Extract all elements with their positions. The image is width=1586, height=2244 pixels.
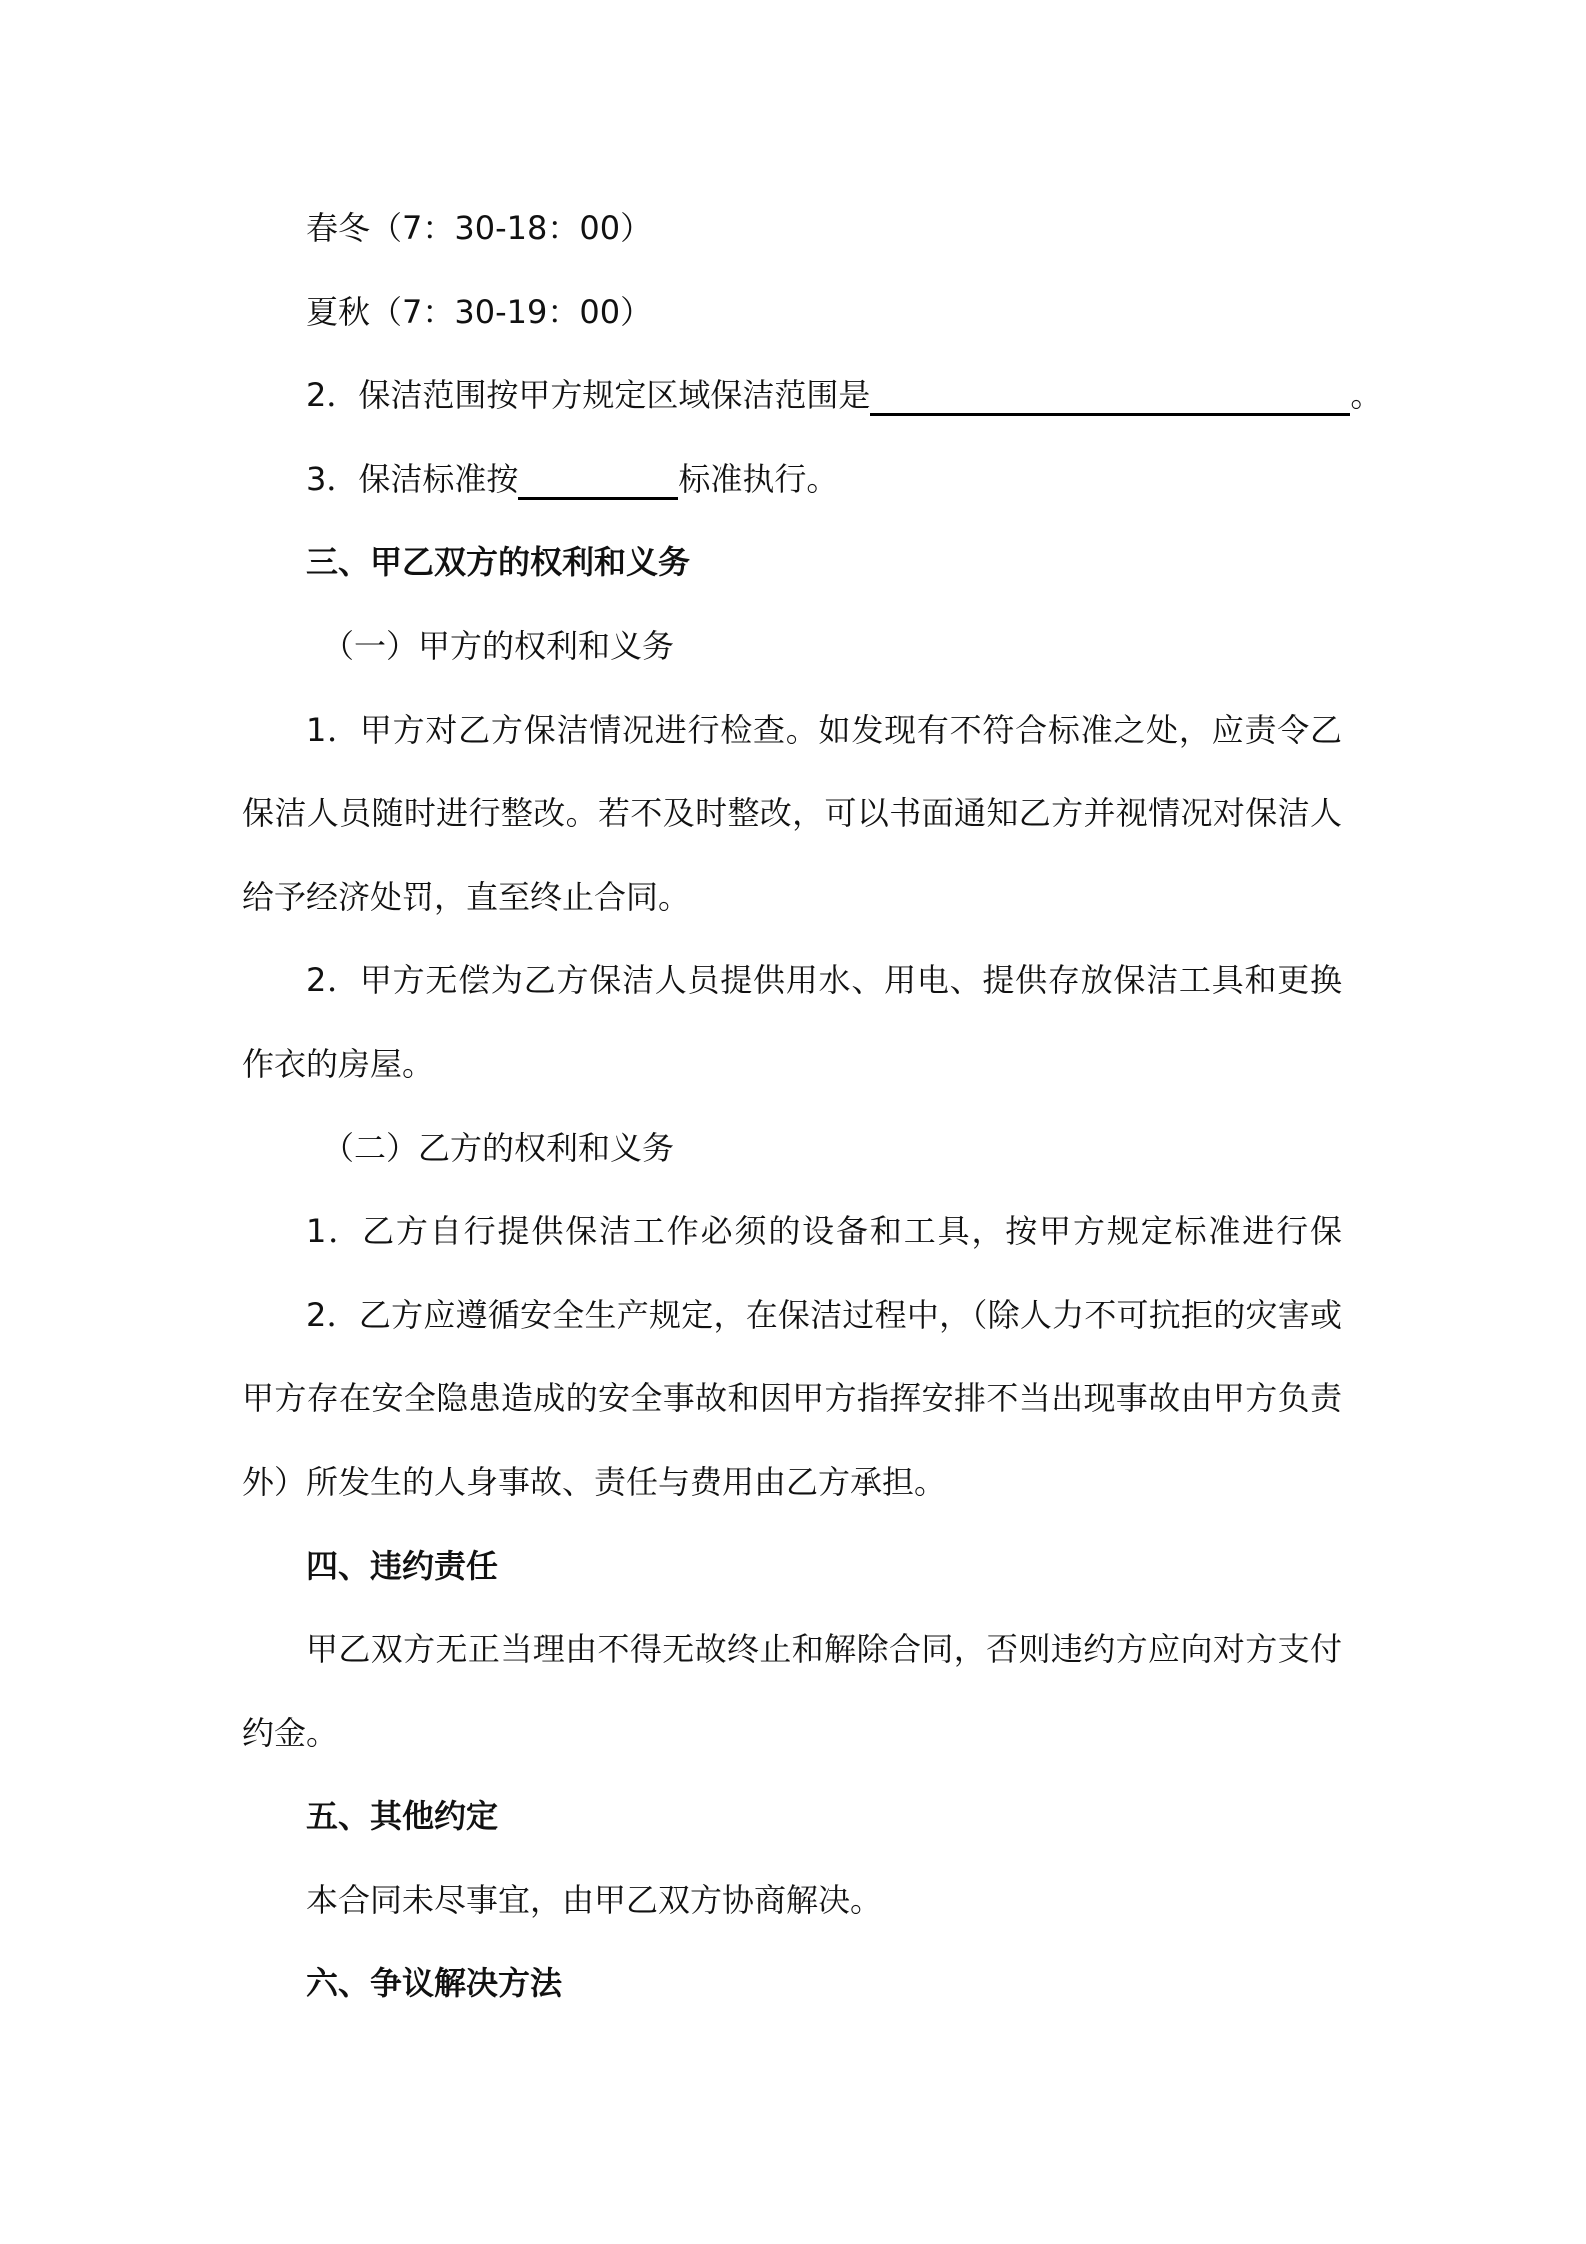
paragraph-line: 1．乙方自行提供保洁工作必须的设备和工具，按甲方规定标准进行保洁。	[242, 1190, 1342, 1274]
paragraph-line: 给予经济处罚，直至终止合同。	[242, 856, 1342, 940]
paragraph-line: 2．甲方无偿为乙方保洁人员提供用水、用电、提供存放保洁工具和更换工	[242, 939, 1342, 1023]
section-heading-4: 四、违约责任	[242, 1525, 1342, 1609]
section-heading-6: 六、争议解决方法	[242, 1942, 1342, 2026]
clause-text-end: 。	[1350, 376, 1382, 414]
subsection-heading-party-b: （二）乙方的权利和义务	[242, 1107, 1342, 1191]
schedule-spring-winter: 春冬（7：30-18：00）	[242, 187, 1342, 271]
document-page: 春冬（7：30-18：00） 夏秋（7：30-19：00） 2．保洁范围按甲方规…	[242, 187, 1342, 2026]
paragraph-line: 保洁人员随时进行整改。若不及时整改，可以书面通知乙方并视情况对保洁人员	[242, 772, 1342, 856]
paragraph-line: 作衣的房屋。	[242, 1023, 1342, 1107]
schedule-summer-autumn: 夏秋（7：30-19：00）	[242, 271, 1342, 355]
section-heading-5: 五、其他约定	[242, 1775, 1342, 1859]
clause-cleaning-standard: 3．保洁标准按标准执行。	[242, 438, 1342, 522]
paragraph-line: 约金。	[242, 1692, 1342, 1776]
paragraph-line: 外）所发生的人身事故、责任与费用由乙方承担。	[242, 1441, 1342, 1525]
fill-in-blank-standard[interactable]	[518, 496, 678, 500]
section-heading-3: 三、甲乙双方的权利和义务	[242, 521, 1342, 605]
paragraph-line: 甲方存在安全隐患造成的安全事故和因甲方指挥安排不当出现事故由甲方负责	[242, 1357, 1342, 1441]
paragraph-line: 1．甲方对乙方保洁情况进行检查。如发现有不符合标准之处，应责令乙方	[242, 689, 1342, 773]
fill-in-blank-scope[interactable]	[870, 412, 1350, 416]
paragraph-line: 本合同未尽事宜，由甲乙双方协商解决。	[242, 1859, 1342, 1943]
clause-text: 3．保洁标准按	[306, 460, 518, 498]
paragraph-line: 甲乙双方无正当理由不得无故终止和解除合同，否则违约方应向对方支付违	[242, 1608, 1342, 1692]
clause-cleaning-scope: 2．保洁范围按甲方规定区域保洁范围是。	[242, 354, 1342, 438]
clause-text-end: 标准执行。	[678, 460, 838, 498]
clause-text: 2．保洁范围按甲方规定区域保洁范围是	[306, 376, 870, 414]
paragraph-line: 2．乙方应遵循安全生产规定，在保洁过程中，（除人力不可抗拒的灾害或因	[242, 1274, 1342, 1358]
subsection-heading-party-a: （一）甲方的权利和义务	[242, 605, 1342, 689]
